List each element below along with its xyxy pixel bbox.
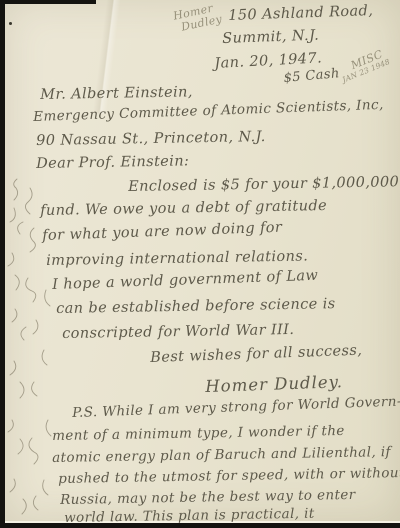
sender-address-line2: Summit, N.J. <box>222 28 319 47</box>
recipient-line1: Mr. Albert Einstein, <box>40 84 193 103</box>
salutation: Dear Prof. Einstein: <box>36 153 189 172</box>
scan-speck <box>9 22 12 25</box>
scanned-letter-page: Homer Dudley MISC JAN 23 1948 $5 Cash 15… <box>0 0 400 528</box>
scan-edge-top <box>0 0 96 4</box>
